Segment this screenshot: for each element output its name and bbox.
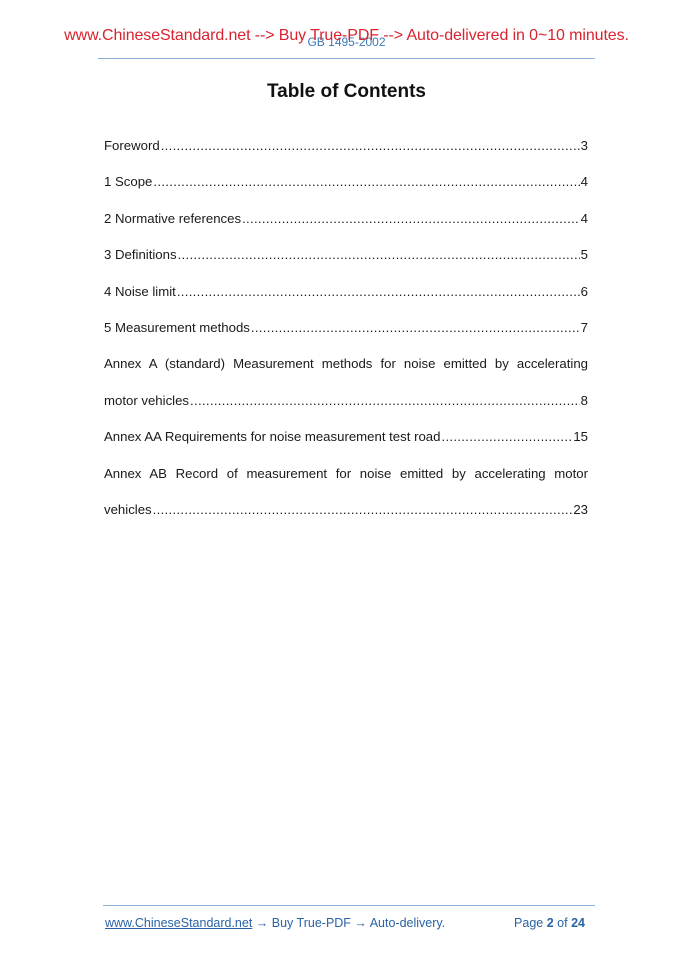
- page-indicator: Page 2 of 24: [514, 916, 585, 930]
- page-footer: www.ChineseStandard.net → Buy True-PDF →…: [105, 916, 585, 930]
- total-pages: 24: [571, 916, 585, 930]
- header-divider: [98, 58, 595, 59]
- toc-entry-page: 6: [581, 283, 588, 301]
- toc-entry-foreword[interactable]: Foreword3: [104, 137, 588, 173]
- footer-divider: [103, 905, 595, 906]
- toc-entry-page: 23: [573, 501, 588, 519]
- toc-entry-page: 8: [581, 392, 588, 410]
- toc-entry-page: 7: [581, 319, 588, 337]
- toc-entry-annex-aa[interactable]: Annex AA Requirements for noise measurem…: [104, 428, 588, 464]
- toc-entry-annex-a-line1[interactable]: Annex A (standard) Measurement methods f…: [104, 355, 588, 391]
- table-of-contents: Foreword3 1 Scope4 2 Normative reference…: [104, 137, 588, 537]
- dot-leader: [153, 173, 579, 191]
- toc-entry-page: 5: [581, 246, 588, 264]
- toc-entry-noise-limit[interactable]: 4 Noise limit 6: [104, 283, 588, 319]
- toc-entry-page: 3: [581, 137, 588, 155]
- toc-entry-label: vehicles: [104, 501, 152, 519]
- toc-entry-measurement-methods[interactable]: 5 Measurement methods 7: [104, 319, 588, 355]
- toc-entry-definitions[interactable]: 3 Definitions 5: [104, 246, 588, 282]
- dot-leader: [190, 392, 580, 410]
- toc-entry-page: 4: [581, 173, 588, 191]
- dot-leader: [178, 246, 580, 264]
- dot-leader: [242, 210, 580, 228]
- footer-site-link[interactable]: www.ChineseStandard.net: [105, 916, 252, 930]
- page-title: Table of Contents: [0, 81, 693, 103]
- toc-entry-label: 2 Normative references: [104, 210, 241, 228]
- toc-entry-label: Foreword: [104, 137, 160, 155]
- toc-entry-page: 15: [573, 428, 588, 446]
- of-word: of: [557, 916, 567, 930]
- toc-entry-normative-references[interactable]: 2 Normative references4: [104, 210, 588, 246]
- toc-entry-page: 4: [581, 210, 588, 228]
- toc-entry-annex-a[interactable]: motor vehicles8: [104, 392, 588, 428]
- toc-entry-label: 5 Measurement methods: [104, 319, 250, 337]
- toc-entry-label: 4 Noise limit: [104, 283, 176, 301]
- toc-entry-annex-ab-line1[interactable]: Annex AB Record of measurement for noise…: [104, 465, 588, 501]
- footer-promo: www.ChineseStandard.net → Buy True-PDF →…: [105, 916, 445, 930]
- dot-leader: [441, 428, 572, 446]
- promo-banner[interactable]: www.ChineseStandard.net --> Buy True-PDF…: [0, 27, 693, 45]
- toc-entry-annex-ab[interactable]: vehicles23: [104, 501, 588, 537]
- toc-entry-scope[interactable]: 1 Scope4: [104, 173, 588, 209]
- toc-entry-label: motor vehicles: [104, 392, 189, 410]
- toc-entry-label: 1 Scope: [104, 173, 152, 191]
- footer-promo-text: → Buy True-PDF → Auto-delivery.: [252, 916, 445, 930]
- current-page: 2: [547, 916, 554, 930]
- toc-entry-label: Annex AA Requirements for noise measurem…: [104, 428, 440, 446]
- dot-leader: [251, 319, 580, 337]
- dot-leader: [177, 283, 580, 301]
- toc-entry-label: 3 Definitions: [104, 246, 177, 264]
- page-word: Page: [514, 916, 543, 930]
- dot-leader: [161, 137, 580, 155]
- dot-leader: [153, 501, 573, 519]
